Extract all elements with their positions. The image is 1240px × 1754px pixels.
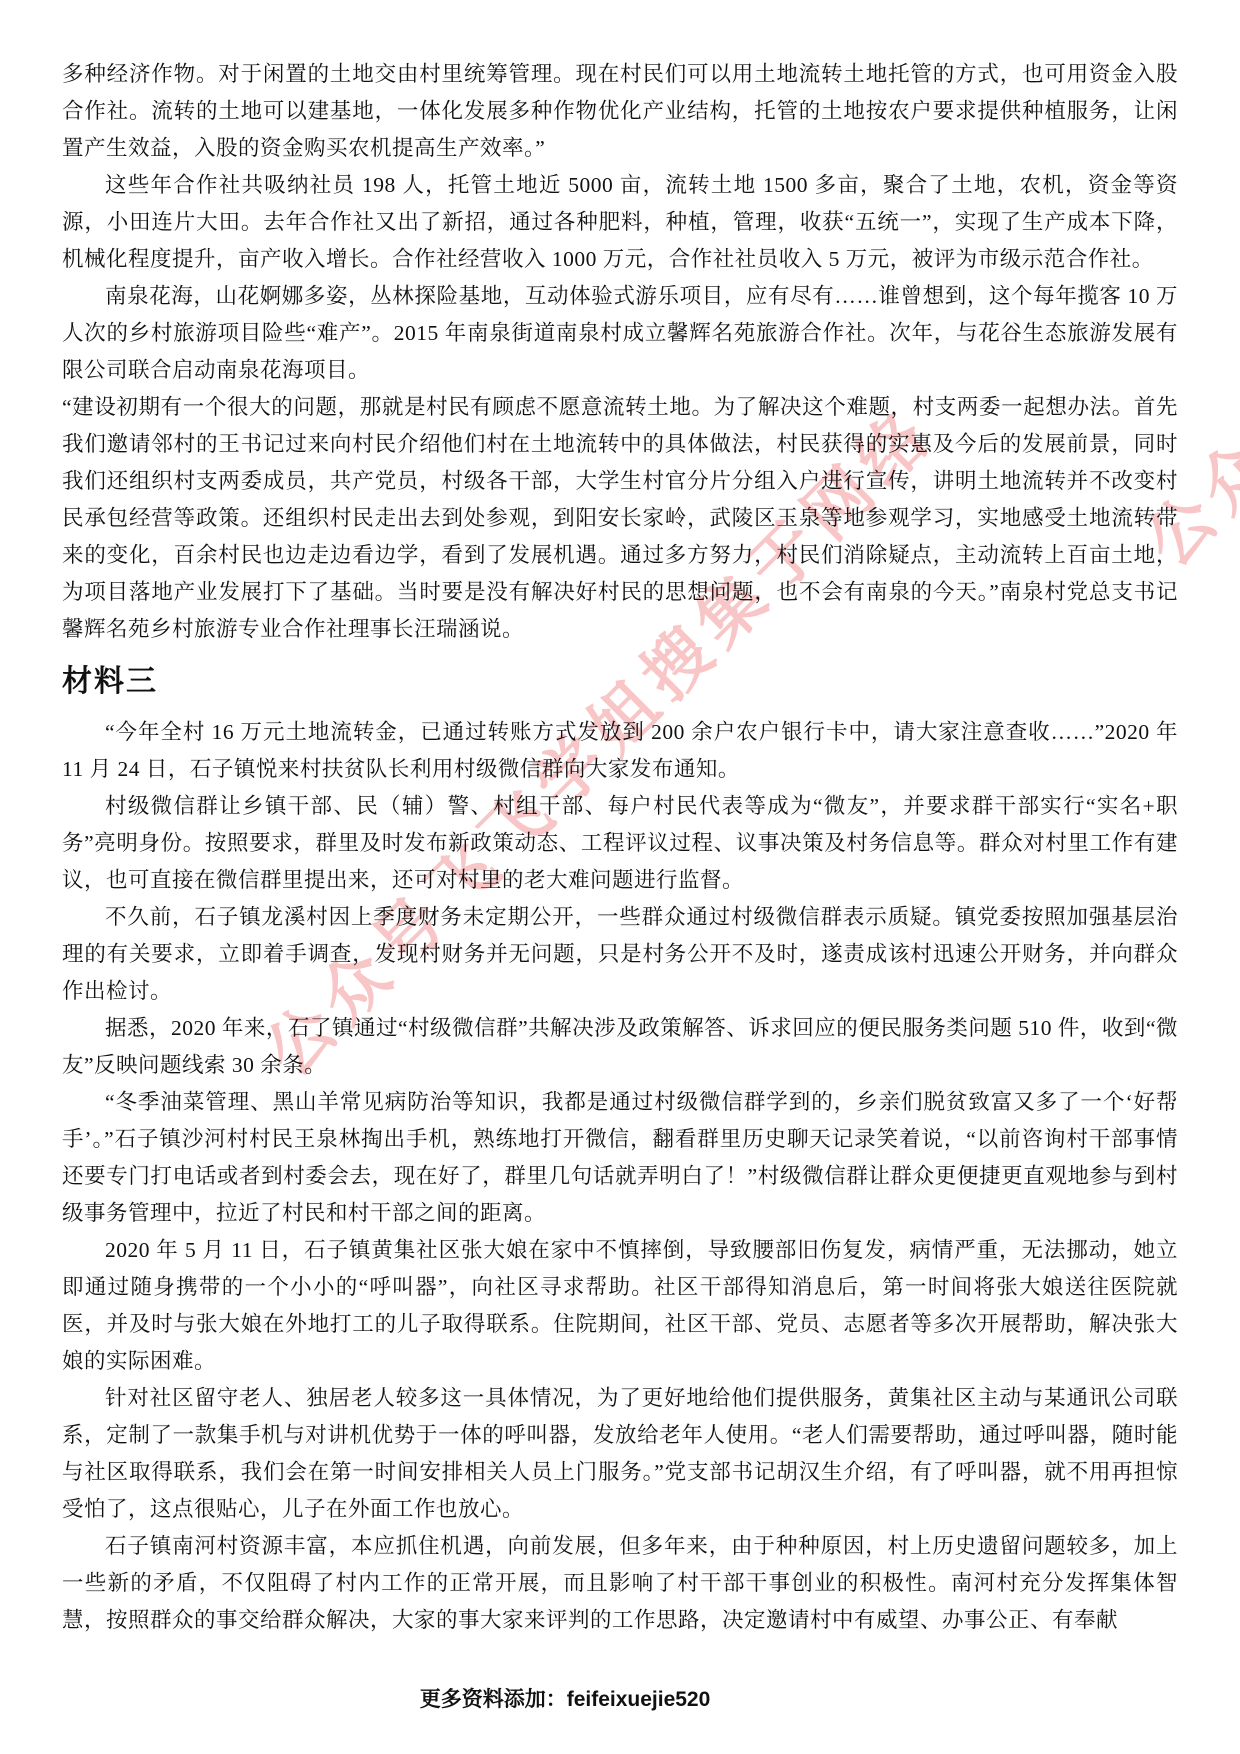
body-paragraph: 石子镇南河村资源丰富，本应抓住机遇，向前发展，但多年来，由于种种原因，村上历史遗… [62,1528,1178,1639]
body-paragraph: “建设初期有一个很大的问题，那就是村民有顾虑不愿意流转土地。为了解决这个难题，村… [62,389,1178,648]
body-paragraph: 据悉，2020 年来，石了镇通过“村级微信群”共解决涉及政策解答、诉求回应的便民… [62,1010,1178,1084]
body-paragraph: 南泉花海，山花婀娜多姿，丛林探险基地，互动体验式游乐项目，应有尽有……谁曾想到，… [62,278,1178,389]
document-content: 多种经济作物。对于闲置的土地交由村里统筹管理。现在村民们可以用土地流转土地托管的… [0,0,1240,1713]
body-paragraph: 这些年合作社共吸纳社员 198 人，托管土地近 5000 亩，流转土地 1500… [62,167,1178,278]
section-heading-material-3: 材料三 [62,662,1178,702]
document-page: 公众号飞飞学姐搜集于网络 公众号飞飞学姐搜集于网络 多种经济作物。对于闲置的土地… [0,0,1240,1754]
body-paragraph: 不久前，石子镇龙溪村因上季度财务未定期公开，一些群众通过村级微信群表示质疑。镇党… [62,899,1178,1010]
footer-label: 更多资料添加： [420,1687,567,1711]
body-paragraph: 多种经济作物。对于闲置的土地交由村里统筹管理。现在村民们可以用土地流转土地托管的… [62,56,1178,167]
body-paragraph: 村级微信群让乡镇干部、民（辅）警、村组干部、每户村民代表等成为“微友”，并要求群… [62,788,1178,899]
footer-account: feifeixuejie520 [567,1688,711,1711]
body-paragraph: 针对社区留守老人、独居老人较多这一具体情况，为了更好地给他们提供服务，黄集社区主… [62,1380,1178,1528]
body-paragraph: “冬季油菜管理、黑山羊常见病防治等知识，我都是通过村级微信群学到的，乡亲们脱贫致… [62,1084,1178,1232]
body-paragraph: “今年全村 16 万元土地流转金，已通过转账方式发放到 200 余户农户银行卡中… [62,714,1178,788]
body-paragraph: 2020 年 5 月 11 日，石子镇黄集社区张大娘在家中不慎摔倒，导致腰部旧伤… [62,1232,1178,1380]
footer-note: 更多资料添加：feifeixuejie520 [7,1683,1123,1713]
